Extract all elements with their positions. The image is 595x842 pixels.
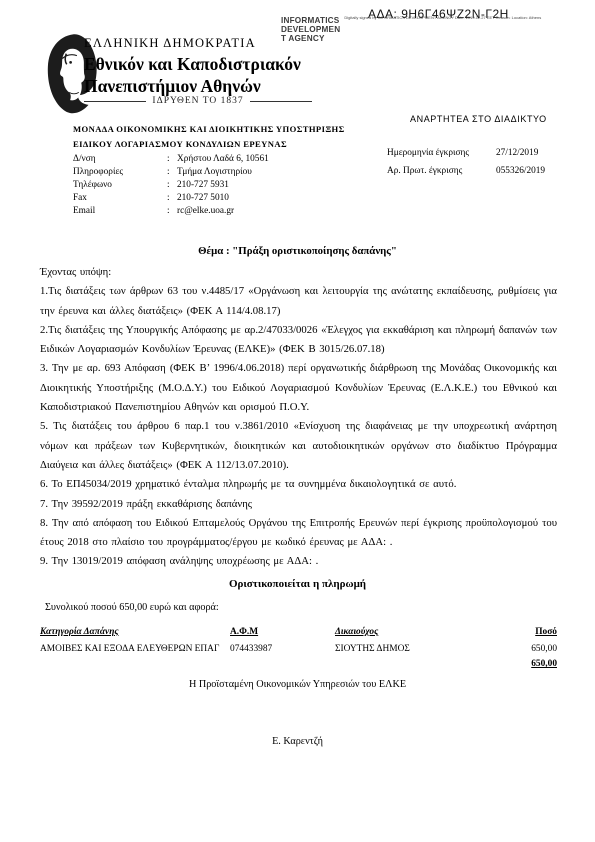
- email-value: rc@elke.uoa.gr: [177, 205, 234, 218]
- address-label: Δ/νση: [73, 153, 167, 166]
- stamp-signature-details: Digitally signed by INFORMATICS DEVELOPM…: [344, 16, 541, 43]
- table-row-amount: 650,00: [477, 644, 557, 654]
- table-row-afm: 074433987: [230, 644, 325, 654]
- separator: :: [167, 192, 177, 205]
- total-amount-line: Συνολικού ποσού 650,00 ευρώ και αφορά:: [45, 602, 219, 613]
- contact-row-fax: Fax : 210-727 5010: [73, 192, 269, 205]
- legal-item-7: 7. Την 39592/2019 πράξη εκκαθάρισης δαπά…: [40, 495, 557, 514]
- separator: :: [167, 153, 177, 166]
- legal-item-6: 6. Το ΕΠ45034/2019 χρηματικό ένταλμα πλη…: [40, 475, 557, 494]
- signatory-title: Η Προϊσταμένη Οικονομικών Υπηρεσιών του …: [0, 679, 595, 690]
- info-label: Πληροφορίες: [73, 166, 167, 179]
- approval-protocol-value: 055326/2019: [496, 166, 566, 176]
- document-page: ΑΔΑ: 9Η6Γ46ΨΖ2Ν-Γ2Η INFORMATICS DEVELOPM…: [0, 0, 595, 842]
- email-label: Email: [73, 205, 167, 218]
- separator: :: [167, 166, 177, 179]
- signatory-name: Ε. Καρεντζή: [0, 736, 595, 747]
- department-line2: ΕΙΔΙΚΟΥ ΛΟΓΑΡΙΑΣΜΟΥ ΚΟΝΔΥΛΙΩΝ ΕΡΕΥΝΑΣ: [73, 137, 345, 152]
- address-value: Χρήστου Λαδά 6, 10561: [177, 153, 269, 166]
- legal-item-2: 2.Τις διατάξεις της Υπουργικής Απόφασης …: [40, 321, 557, 360]
- contact-block: Δ/νση : Χρήστου Λαδά 6, 10561 Πληροφορίε…: [73, 153, 269, 218]
- department-line1: ΜΟΝΑΔΑ ΟΙΚΟΝΟΜΙΚΗΣ ΚΑΙ ΔΙΟΙΚΗΤΙΚΗΣ ΥΠΟΣΤ…: [73, 122, 345, 137]
- legal-item-8: 8. Την από απόφαση του Ειδικού Επταμελού…: [40, 514, 557, 553]
- table-header-afm: Α.Φ.Μ: [230, 627, 325, 637]
- approval-protocol-label: Αρ. Πρωτ. έγκρισης: [387, 166, 492, 176]
- subject-line: Θέμα : "Πράξη οριστικοποίησης δαπάνης": [0, 245, 595, 257]
- table-total-amount: 650,00: [477, 659, 557, 669]
- digital-signature-stamp: INFORMATICS DEVELOPMEN T AGENCY Digitall…: [281, 16, 541, 43]
- finalization-heading: Οριστικοποιείται η πληρωμή: [0, 578, 595, 590]
- phone-value: 210-727 5931: [177, 179, 229, 192]
- contact-row-phone: Τηλέφωνο : 210-727 5931: [73, 179, 269, 192]
- department-block: ΜΟΝΑΔΑ ΟΙΚΟΝΟΜΙΚΗΣ ΚΑΙ ΔΙΟΙΚΗΤΙΚΗΣ ΥΠΟΣΤ…: [73, 122, 345, 152]
- founded-line: ΙΔΡΥΘΕΝ ΤΟ 1837: [84, 96, 312, 106]
- approval-date-value: 27/12/2019: [496, 148, 566, 158]
- separator: :: [167, 205, 177, 218]
- approval-date-row: Ημερομηνία έγκρισης 27/12/2019: [387, 148, 567, 160]
- separator: :: [167, 179, 177, 192]
- university-name-line1: Εθνικόν και Καποδιστριακόν: [84, 54, 301, 75]
- contact-row-info: Πληροφορίες : Τμήμα Λογιστηρίου: [73, 166, 269, 179]
- phone-label: Τηλέφωνο: [73, 179, 167, 192]
- approval-protocol-row: Αρ. Πρωτ. έγκρισης 055326/2019: [387, 166, 567, 178]
- info-value: Τμήμα Λογιστηρίου: [177, 166, 252, 179]
- stamp-agency-text: INFORMATICS DEVELOPMEN T AGENCY: [281, 16, 340, 43]
- fax-value: 210-727 5010: [177, 192, 229, 205]
- legal-item-5: 5. Τις διατάξεις του άρθρου 6 παρ.1 του …: [40, 417, 557, 475]
- table-row-beneficiary: ΣΙΟΥΤΗΣ ΔΗΜΟΣ: [335, 644, 485, 654]
- legal-item-1: 1.Τις διατάξεις των άρθρων 63 του ν.4485…: [40, 282, 557, 321]
- fax-label: Fax: [73, 192, 167, 205]
- contact-row-email: Email : rc@elke.uoa.gr: [73, 205, 269, 218]
- table-header-amount: Ποσό: [477, 627, 557, 637]
- table-header-category: Κατηγορία Δαπάνης: [40, 627, 235, 637]
- university-name-line2: Πανεπιστήμιον Αθηνών: [84, 76, 261, 97]
- legal-item-3: 3. Την με αρ. 693 Απόφαση (ΦΕΚ Β’ 1996/4…: [40, 359, 557, 417]
- approval-date-label: Ημερομηνία έγκρισης: [387, 148, 492, 158]
- contact-row-address: Δ/νση : Χρήστου Λαδά 6, 10561: [73, 153, 269, 166]
- hellenic-republic-title: ΕΛΛΗΝΙΚΗ ΔΗΜΟΚΡΑΤΙΑ: [84, 36, 256, 51]
- table-row-category: ΑΜΟΙΒΕΣ ΚΑΙ ΕΞΟΔΑ ΕΛΕΥΘΕΡΩΝ ΕΠΑΓ: [40, 644, 235, 654]
- internet-posting-title: ΑΝΑΡΤΗΤΕΑ ΣΤΟ ΔΙΑΔΙΚΤΥΟ: [410, 114, 547, 124]
- having-regard-intro: Έχοντας υπόψη:: [40, 263, 557, 282]
- table-header-beneficiary: Δικαιούχος: [335, 627, 485, 637]
- legal-item-9: 9. Την 13019/2019 απόφαση ανάληψης υποχρ…: [40, 552, 557, 571]
- founded-text: ΙΔΡΥΘΕΝ ΤΟ 1837: [152, 96, 243, 106]
- body-text: Έχοντας υπόψη: 1.Τις διατάξεις των άρθρω…: [40, 263, 557, 572]
